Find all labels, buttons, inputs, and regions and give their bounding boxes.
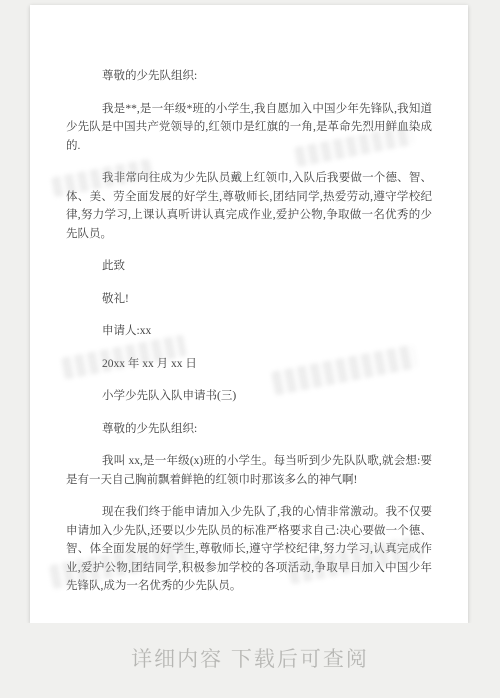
document-page: 尊敬的少先队组织: 我是**,是一年级*班的小学生,我自愿加入中国少年先锋队,我… [30, 5, 468, 623]
paragraph-closing: 敬礼! [66, 290, 432, 309]
paragraph-closing: 此致 [66, 257, 432, 276]
paragraph-date: 20xx 年 xx 月 xx 日 [66, 355, 432, 374]
paragraph-body: 我非常向往成为少先队员戴上红领巾,入队后我要做一个德、智、体、美、劳全面发展的好… [66, 169, 432, 243]
paragraph-salutation: 尊敬的少先队组织: [66, 420, 432, 439]
paragraph-signature: 申请人:xx [66, 322, 432, 341]
paragraph-salutation: 尊敬的少先队组织: [66, 67, 432, 86]
download-hint-bar: 详细内容 下载后可查阅 [0, 623, 500, 698]
paragraph-body: 现在我们终于能申请加入少先队了,我的心情非常激动。我不仅要申请加入少先队,还要以… [66, 503, 432, 596]
footer-hint-text: 详细内容 下载后可查阅 [131, 643, 369, 673]
paragraph-section-title: 小学少先队入队申请书(三) [66, 387, 432, 406]
paragraph-body: 我叫 xx,是一年级(x)班的小学生。每当听到少先队队歌,就会想:要是有一天自己… [66, 452, 432, 489]
paragraph-body: 我是**,是一年级*班的小学生,我自愿加入中国少年先锋队,我知道少先队是中国共产… [66, 100, 432, 156]
